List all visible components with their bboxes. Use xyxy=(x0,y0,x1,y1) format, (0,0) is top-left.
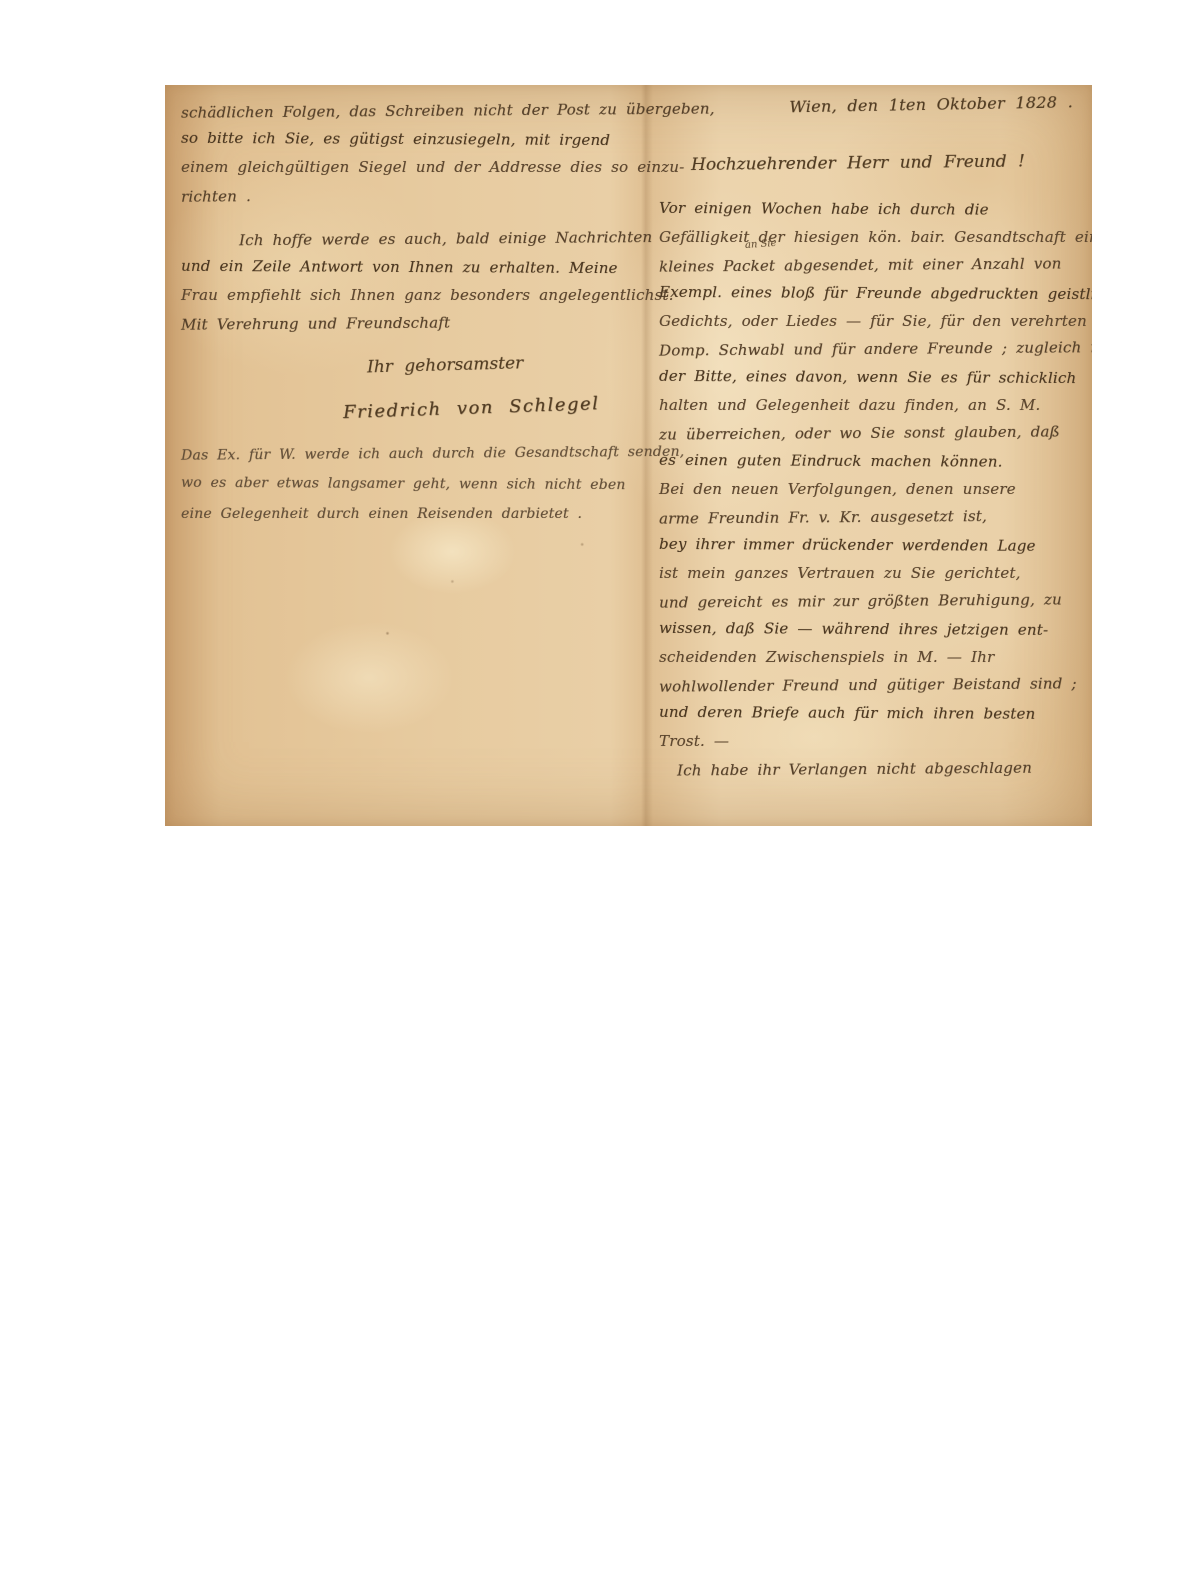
handwritten-line: scheidenden Zwischenspiels in M. — Ihr xyxy=(659,643,1083,671)
left-paragraph-2: Ich hoffe werde es auch, bald einige Nac… xyxy=(181,225,629,337)
handwritten-line: Ich habe ihr Verlangen nicht abgeschlage… xyxy=(659,753,1083,784)
salutation: Hochzuehrender Herr und Freund ! xyxy=(691,147,1083,179)
handwritten-line: und ein Zeile Antwort von Ihnen zu erhal… xyxy=(181,252,629,282)
handwritten-line: Das Ex. für W. werde ich auch durch die … xyxy=(181,437,629,471)
handwritten-line: Gefälligkeit der hiesigen kön. bair. Ges… xyxy=(659,223,1083,251)
handwritten-line: wo es aber etwas langsamer geht, wenn si… xyxy=(181,468,629,500)
closing-formula: Ihr gehorsamster xyxy=(367,346,630,383)
handwritten-line: der Bitte, eines davon, wenn Sie es für … xyxy=(659,362,1083,392)
handwritten-line: Vor einigen Wochen habe ich durch die xyxy=(659,194,1083,224)
handwritten-line: Frau empfiehlt sich Ihnen ganz besonders… xyxy=(181,281,629,309)
handwritten-line: wohlwollender Freund und gütiger Beistan… xyxy=(659,669,1083,700)
letter-page-right: Wien, den 1ten Oktober 1828 . Hochzuehre… xyxy=(659,85,1083,826)
handwritten-line: einem gleichgültigen Siegel und der Addr… xyxy=(181,153,629,181)
handwritten-line: Domp. Schwabl und für andere Freunde ; z… xyxy=(659,333,1083,364)
handwritten-line: Bei den neuen Verfolgungen, denen unsere xyxy=(659,475,1083,503)
handwritten-line: eine Gelegenheit durch einen Reisenden d… xyxy=(181,499,629,529)
handwritten-line: bey ihrer immer drückender werdenden Lag… xyxy=(659,530,1083,560)
letter-body: an Sie Vor einigen Wochen habe ich durch… xyxy=(659,195,1083,783)
handwritten-line: Gedichts, oder Liedes — für Sie, für den… xyxy=(659,307,1083,335)
handwritten-line: arme Freundin Fr. v. Kr. ausgesetzt ist, xyxy=(659,501,1083,532)
left-paragraph-1: schädlichen Folgen, das Schreiben nicht … xyxy=(181,97,629,209)
handwritten-line: so bitte ich Sie, es gütigst einzusiegel… xyxy=(181,124,629,154)
letter-page-left: schädlichen Folgen, das Schreiben nicht … xyxy=(181,85,629,826)
handwritten-line: Mit Verehrung und Freundschaft xyxy=(181,307,629,339)
handwritten-line: Exempl. eines bloß für Freunde abgedruck… xyxy=(659,278,1083,308)
dateline: Wien, den 1ten Oktober 1828 . xyxy=(659,89,1073,122)
handwritten-line: Ich hoffe werde es auch, bald einige Nac… xyxy=(181,223,629,255)
postscript: Das Ex. für W. werde ich auch durch die … xyxy=(181,439,629,529)
handwritten-line: kleines Packet abgesendet, mit einer Anz… xyxy=(659,249,1083,280)
handwritten-line: und deren Briefe auch für mich ihren bes… xyxy=(659,698,1083,728)
handwritten-line: ist mein ganzes Vertrauen zu Sie gericht… xyxy=(659,559,1083,587)
signature: Friedrich von Schlegel xyxy=(343,388,630,428)
letter-scan: schädlichen Folgen, das Schreiben nicht … xyxy=(165,85,1092,826)
handwritten-line: es einen guten Eindruck machen können. xyxy=(659,446,1083,476)
handwritten-line: Trost. — xyxy=(659,727,1083,755)
handwritten-line: schädlichen Folgen, das Schreiben nicht … xyxy=(181,95,629,127)
handwritten-line: halten und Gelegenheit dazu finden, an S… xyxy=(659,391,1083,419)
handwritten-line: und gereicht es mir zur größten Beruhigu… xyxy=(659,585,1083,616)
handwritten-line: zu überreichen, oder wo Sie sonst glaube… xyxy=(659,417,1083,448)
handwritten-line: richten . xyxy=(181,179,629,211)
handwritten-line: wissen, daß Sie — während ihres jetzigen… xyxy=(659,614,1083,644)
